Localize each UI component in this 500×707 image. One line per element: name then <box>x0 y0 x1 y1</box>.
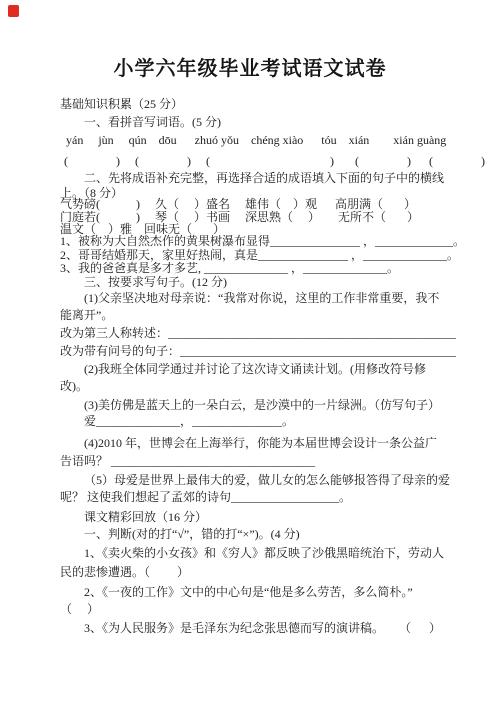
answer-blank-line: 告语吗？ __________________________________ <box>60 454 315 469</box>
section-heading-review: 课文精彩回放（16 分） <box>84 510 207 525</box>
doc-line: (3)美仿佛是蓝天上的一朵白云，是沙漠中的一片绿洲。（仿写句子） <box>84 398 440 413</box>
doc-line: 能离开”。 <box>60 308 113 323</box>
answer-blank-line: 改为第三人称转述：_______________________________… <box>60 326 456 341</box>
doc-line: 改)。 <box>60 379 88 394</box>
answer-blank-line: 改为带有问号的句子：______________________________… <box>60 344 456 359</box>
doc-line: (1)父亲坚决地对母亲说：“我常对你说，这里的工作非常重要，我不 <box>84 291 439 306</box>
doc-line: (4)2010 年，世博会在上海举行，你能为本届世博会设计一条公益广 <box>84 436 437 451</box>
fill-blank-sentence: 1、被称为大自然杰作的黄果树瀑布显得_______________ ，_____… <box>60 234 465 249</box>
judge-item: 1、《卖火柴的小女孩》和《穷人》都反映了沙俄黑暗统治下，劳动人 <box>84 546 444 561</box>
page-title: 小学六年级毕业考试语文试卷 <box>0 52 500 81</box>
fill-blank-sentence: 3、我的爸爸真是多才多艺, ______________ ，__________… <box>60 261 399 276</box>
corner-badge-icon <box>8 5 19 17</box>
question-heading-sentences: 三、按要求写句子。(12 分) <box>84 275 227 290</box>
judge-item: 2、《一夜的工作》文中的中心句是“他是多么劳苦，多么简朴。” <box>84 585 413 600</box>
question-heading-pinyin: 一、看拼音写词语。(5 分) <box>84 115 221 130</box>
exam-paper-page: 小学六年级毕业考试语文试卷 基础知识积累（25 分） 一、看拼音写词语。(5 分… <box>0 0 500 707</box>
judge-item-continued: （ ） <box>60 602 99 617</box>
answer-blank-line: 爱______________，_______________。 <box>84 414 294 429</box>
section-heading-basics: 基础知识积累（25 分） <box>60 97 183 112</box>
doc-line: (2)我班全体同学通过并讨论了这次诗文诵读计划。(用修改符号修 <box>84 362 426 377</box>
answer-blank-line: 呢？ 这使我们想起了孟郊的诗句__________________。 <box>60 490 351 505</box>
question-heading-judge: 一、判断(对的打“√”，错的打“×”)。(4 分) <box>84 527 300 542</box>
doc-line: （5）母爱是世界上最伟大的爱，做儿女的怎么能够报答得了母亲的爱 <box>84 473 450 488</box>
pinyin-row: yán jùn qún dōu zhuó yǒu chéng xiào tóu … <box>66 133 446 148</box>
judge-item: 3、《为人民服务》是毛泽东为纪念张思德而写的演讲稿。 （ ） <box>84 621 441 636</box>
judge-item-continued: 民的悲惨遭遇。（ ） <box>60 565 189 580</box>
question-heading-idioms: 二、先将成语补充完整，再选择合适的成语填入下面的句子中的横线 <box>84 171 444 186</box>
answer-brackets-row: ( ) ( ) ( ) ( ) ( ) <box>64 154 485 169</box>
